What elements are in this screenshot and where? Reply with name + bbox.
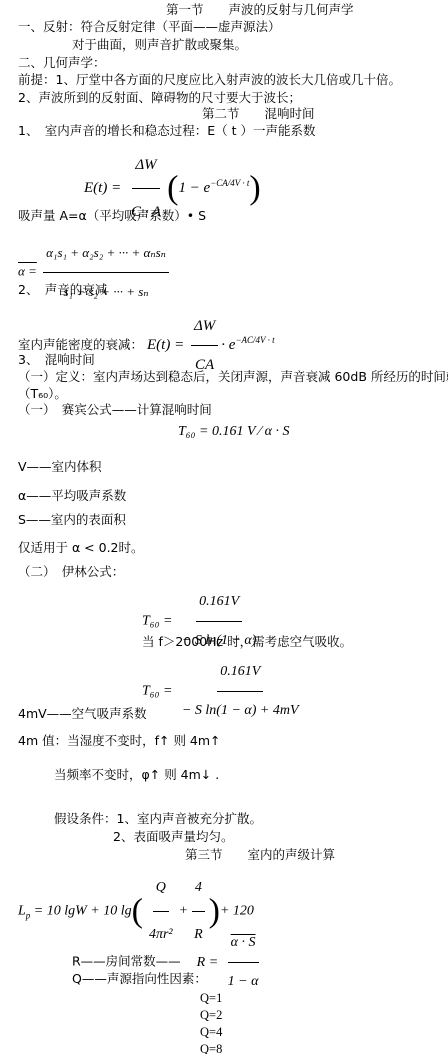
geometric-acoustics-item: 二、几何声学： (18, 55, 106, 71)
sabine-formula: T₆₀ = 0.161 V ⁄ α · S (178, 424, 289, 440)
q-value: Q=4 (200, 1024, 222, 1040)
v-definition: V——室内体积 (18, 459, 102, 475)
assumption-2: 2、表面吸声量均匀。 (113, 829, 233, 845)
q-value: Q=2 (200, 1007, 222, 1023)
alpha-formula: α = α₁s₁ + α₂s₂ + ··· + αₙsₙs₁ + s₂ + ··… (18, 235, 172, 310)
premise-1: 前提：1、厅堂中各方面的尺度应比入射声波的波长大几倍或几十倍。 (18, 72, 401, 88)
air-absorption-note: 当 f＞2000Hz 时，需考虑空气吸收。 (142, 634, 352, 650)
premise-2: 2、声波所到的反射面、障碍物的尺寸要大于波长； (18, 90, 301, 106)
room-constant-row: R——房间常数—— R = α · S1 − α (72, 925, 264, 1000)
s-definition: S——室内的表面积 (18, 512, 126, 528)
rt-definition-cont: （T₆₀）。 (18, 386, 67, 402)
mv-definition: 4mV——空气吸声系数 (18, 706, 147, 722)
section1-title: 第一节 声波的反射与几何声学 (166, 2, 354, 18)
q-value: Q=1 (200, 990, 222, 1006)
absorption-text: 吸声量 A=α（平均吸声系数）• S (18, 208, 206, 224)
alpha-definition: α——平均吸声系数 (18, 488, 126, 504)
reflection-note: 对于曲面，则声音扩散或聚集。 (72, 37, 247, 53)
rt-definition: （一）定义：室内声场达到稳态后，关闭声源，声音衰减 60dB 所经历的时间就是混… (18, 369, 448, 385)
eyring-heading: （二） 伊林公式： (18, 564, 124, 580)
applicability-note: 仅适用于 α < 0.2时。 (18, 540, 144, 556)
q-value: Q=8 (200, 1041, 222, 1054)
m-value-frequency: 当频率不变时，φ↑ 则 4m↓ . (54, 767, 219, 783)
directivity-definition: Q——声源指向性因素： (72, 971, 207, 987)
sabine-heading: （一） 赛宾公式——计算混响时间 (18, 402, 212, 418)
growth-heading: 1、 室内声音的增长和稳态过程：E（ t ）一声能系数 (18, 123, 315, 139)
decay-heading: 2、 声音的衰减 (18, 282, 107, 298)
reflection-item: 一、反射：符合反射定律（平面——虚声源法） (18, 19, 281, 35)
section2-title: 第二节 混响时间 (202, 106, 315, 122)
assumption-1: 假设条件：1、室内声音被充分扩散。 (54, 811, 262, 827)
m-value-humidity: 4m 值：当湿度不变时，f↑ 则 4m↑ (18, 733, 221, 749)
section3-title: 第三节 室内的声级计算 (185, 847, 335, 863)
eyring-air-formula: T₆₀ = 0.161V− S ln(1 − α) + 4mV (142, 654, 305, 729)
rt-heading: 3、 混响时间 (18, 352, 95, 368)
